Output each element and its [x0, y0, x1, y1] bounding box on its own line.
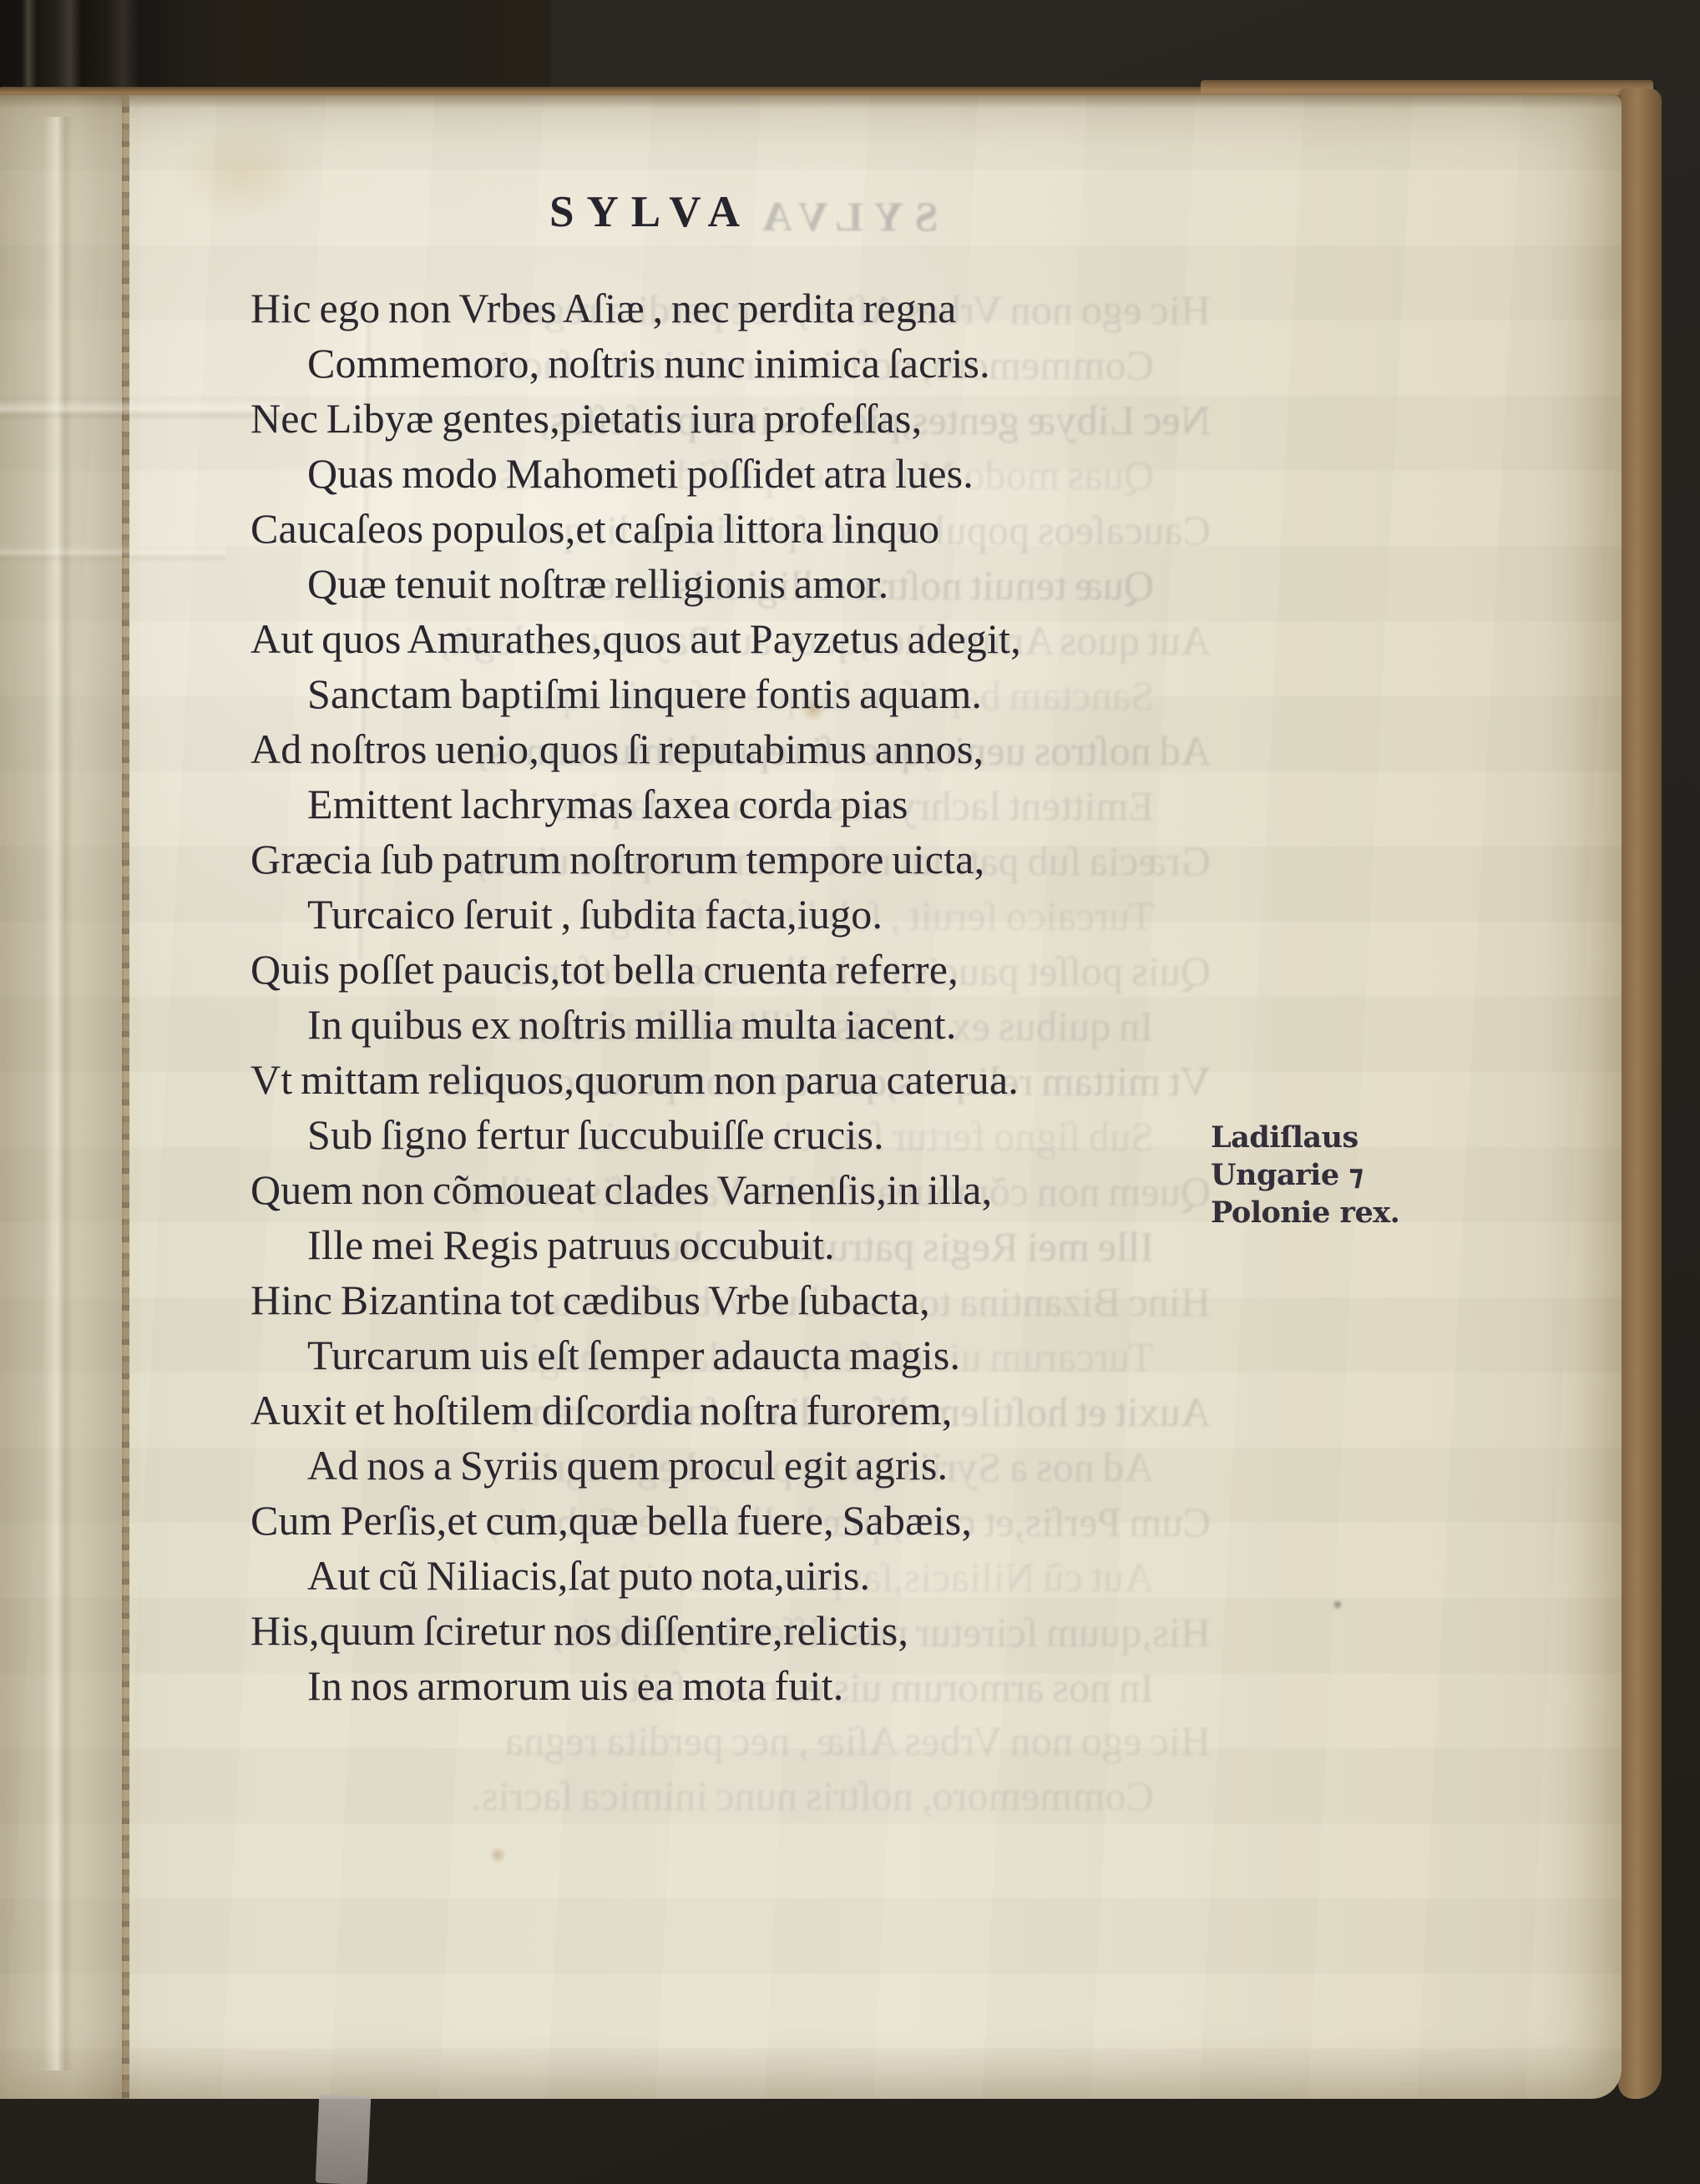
verse-line-1: Hic ego non Vrbes Aſiæ , nec perdita reg…	[250, 281, 1211, 336]
verse-line-15: Vt mittam reliquos,quorum non parua cate…	[250, 1052, 1211, 1107]
binding-spine-cloth	[0, 0, 551, 94]
verse-line-14: In quibus ex noſtris millia multa iacent…	[250, 997, 1211, 1052]
verse-line-13: Quis poſſet paucis,tot bella cruenta ref…	[250, 942, 1211, 997]
book-scan-scene: SYLVA SYLVA Hic ego non Vrbes Aſiæ , nec…	[0, 0, 1700, 2184]
verse-line-10: Emittent lachrymas ſaxea corda pias	[250, 776, 1211, 832]
verse-line-9: Ad noſtros uenio,quos ſi reputabimus ann…	[250, 721, 1211, 776]
verse-line-3: Nec Libyæ gentes,pietatis iura profeſſas…	[250, 391, 1211, 446]
margin-note-line-2: Ungarie ⁊	[1211, 1156, 1461, 1194]
margin-note-line-1: Ladiſlaus	[1211, 1119, 1461, 1156]
verse-line-5: Caucaſeos populos,et caſpia littora linq…	[250, 501, 1211, 556]
page-title: SYLVA	[549, 187, 752, 237]
verse-line-4: Quas modo Mahometi poſſidet atra lues.	[250, 446, 1211, 501]
verse-line-7: Aut quos Amurathes,quos aut Payzetus ade…	[250, 611, 1211, 666]
verse-text-block: Hic ego non Vrbes Aſiæ , nec perdita reg…	[250, 281, 1211, 1713]
verse-line-21: Auxit et hoſtilem diſcordia noſtra furor…	[250, 1383, 1211, 1438]
leaf-edge-right	[1618, 88, 1662, 2099]
verse-line-26: In nos armorum uis ea mota fuit.	[250, 1658, 1211, 1713]
verse-line-23: Cum Perſis,et cum,quæ bella fuere, Sabæi…	[250, 1493, 1211, 1548]
sewing-seam	[122, 95, 129, 2099]
page-marker-sliver	[316, 2095, 372, 2184]
header-showthrough: SYLVA	[751, 192, 938, 240]
verse-line-17: Quem non cõmoueat clades Varnenſis,in il…	[250, 1162, 1211, 1217]
verse-line-24: Aut cũ Niliacis,ſat puto nota,uiris.	[250, 1548, 1211, 1603]
verse-line-22: Ad nos a Syriis quem procul egit agris.	[250, 1438, 1211, 1493]
verse-line-8: Sanctam baptiſmi linquere fontis aquam.	[250, 666, 1211, 721]
verse-line-11: Græcia ſub patrum noſtrorum tempore uict…	[250, 832, 1211, 887]
verse-line-18: Ille mei Regis patruus occubuit.	[250, 1217, 1211, 1272]
verse-line-20: Turcarum uis eſt ſemper adaucta magis.	[250, 1327, 1211, 1383]
verse-line-16: Sub ſigno fertur ſuccubuiſſe crucis.	[250, 1107, 1211, 1162]
verse-line-12: Turcaico ſeruit , ſubdita facta,iugo.	[250, 887, 1211, 942]
verse-line-25: His,quum ſciretur nos diſſentire,relicti…	[250, 1603, 1211, 1658]
margin-note-line-3: Polonie rex.	[1211, 1194, 1461, 1231]
gutter-leaf	[0, 95, 124, 2099]
verse-line-6: Quæ tenuit noſtræ relligionis amor.	[250, 556, 1211, 611]
margin-note: LadiſlausUngarie ⁊Polonie rex.	[1211, 1119, 1461, 1231]
verse-line-2: Commemoro, noſtris nunc inimica ſacris.	[250, 336, 1211, 391]
verse-line-19: Hinc Bizantina tot cædibus Vrbe ſubacta,	[250, 1272, 1211, 1327]
